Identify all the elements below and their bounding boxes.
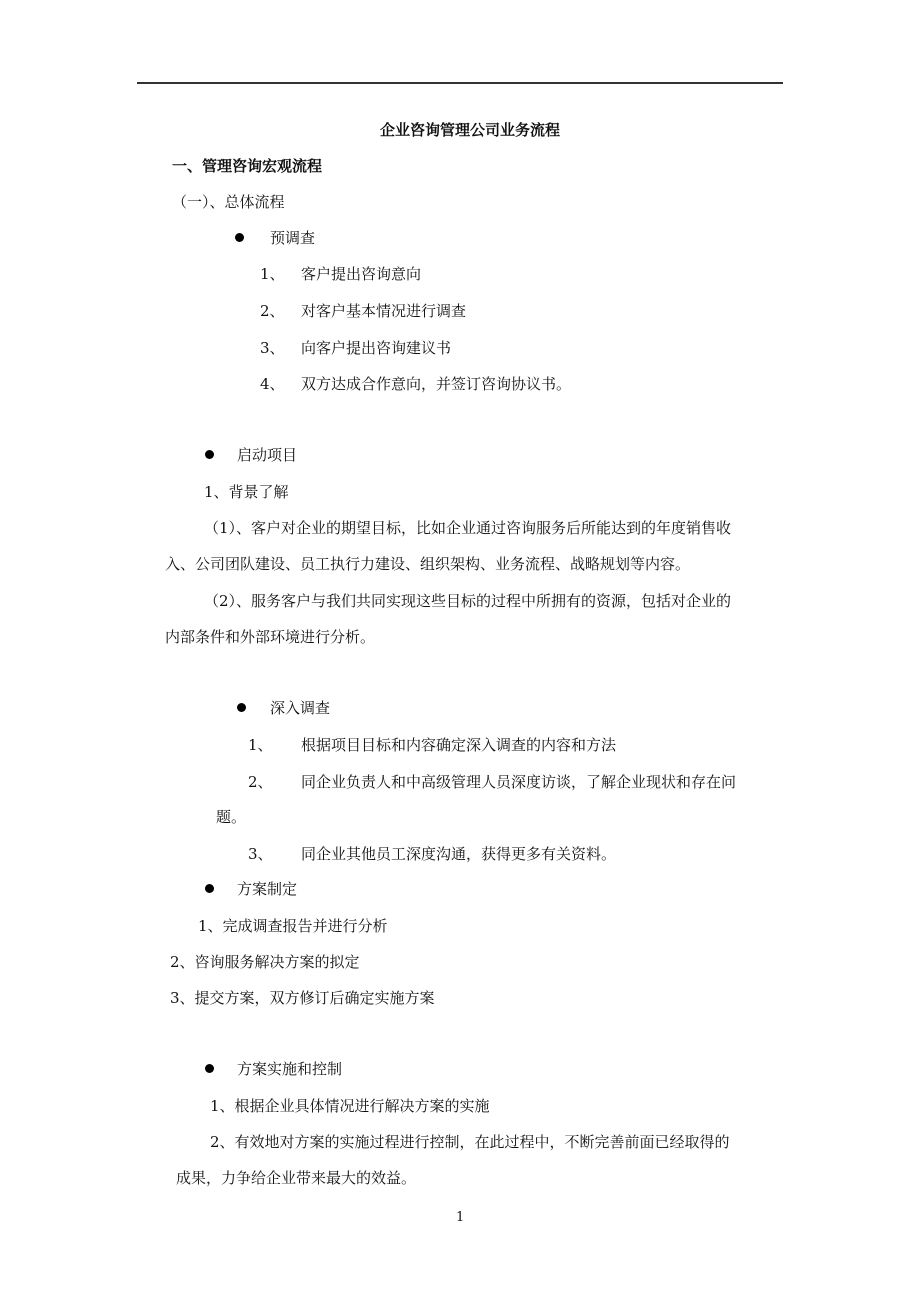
document-page: 企业咨询管理公司业务流程 一、管理咨询宏观流程 （一）、总体流程 预调查 1、 … (0, 0, 920, 1302)
bullet-icon (205, 450, 214, 459)
list-item: 2、咨询服务解决方案的拟定 (170, 952, 360, 972)
bullet-icon (205, 1064, 214, 1073)
list-item-number: 3、 (248, 844, 273, 864)
list-item: 根据项目目标和内容确定深入调查的内容和方法 (301, 735, 616, 755)
document-title: 企业咨询管理公司业务流程 (380, 120, 560, 140)
list-item: 1、根据企业具体情况进行解决方案的实施 (210, 1096, 490, 1116)
stage-heading: 启动项目 (237, 445, 297, 465)
list-item-number: 3、 (260, 338, 285, 358)
list-item-number: 1、 (248, 735, 273, 755)
paragraph-line: 2、有效地对方案的实施过程进行控制，在此过程中，不断完善前面已经取得的 (210, 1132, 730, 1152)
list-item-number: 4、 (260, 374, 285, 394)
list-item-number: 2、 (260, 301, 285, 321)
stage-heading: 方案制定 (237, 879, 297, 899)
list-item-number: 1、 (260, 264, 285, 284)
list-item: 3、提交方案，双方修订后确定实施方案 (170, 988, 435, 1008)
stage-heading: 深入调查 (270, 698, 330, 718)
sub-heading: 1、背景了解 (204, 482, 289, 502)
stage-heading: 方案实施和控制 (237, 1059, 342, 1079)
bullet-icon (235, 233, 244, 242)
list-item: 同企业其他员工深度沟通，获得更多有关资料。 (301, 844, 616, 864)
list-item: 双方达成合作意向，并签订咨询协议书。 (301, 374, 571, 394)
paragraph-line: 内部条件和外部环境进行分析。 (165, 627, 375, 647)
section-heading: 一、管理咨询宏观流程 (172, 156, 322, 176)
list-item: 向客户提出咨询建议书 (301, 338, 451, 358)
paragraph-line: 入、公司团队建设、员工执行力建设、组织架构、业务流程、战略规划等内容。 (165, 554, 690, 574)
list-item: 1、完成调查报告并进行分析 (198, 916, 388, 936)
list-item: 对客户基本情况进行调查 (301, 301, 466, 321)
list-item: 同企业负责人和中高级管理人员深度访谈，了解企业现状和存在问 (301, 772, 736, 792)
list-item-number: 2、 (248, 772, 273, 792)
paragraph-line: （1）、客户对企业的期望目标，比如企业通过咨询服务后所能达到的年度销售收 (204, 518, 731, 538)
list-item-continuation: 题。 (216, 807, 246, 827)
header-rule (137, 82, 783, 84)
paragraph-line: 成果，力争给企业带来最大的效益。 (176, 1168, 416, 1188)
subsection-heading: （一）、总体流程 (172, 192, 285, 212)
stage-heading: 预调查 (270, 228, 315, 248)
bullet-icon (237, 703, 246, 712)
page-number: 1 (456, 1210, 464, 1226)
list-item: 客户提出咨询意向 (301, 264, 421, 284)
paragraph-line: （2）、服务客户与我们共同实现这些目标的过程中所拥有的资源，包括对企业的 (204, 591, 731, 611)
bullet-icon (205, 884, 214, 893)
